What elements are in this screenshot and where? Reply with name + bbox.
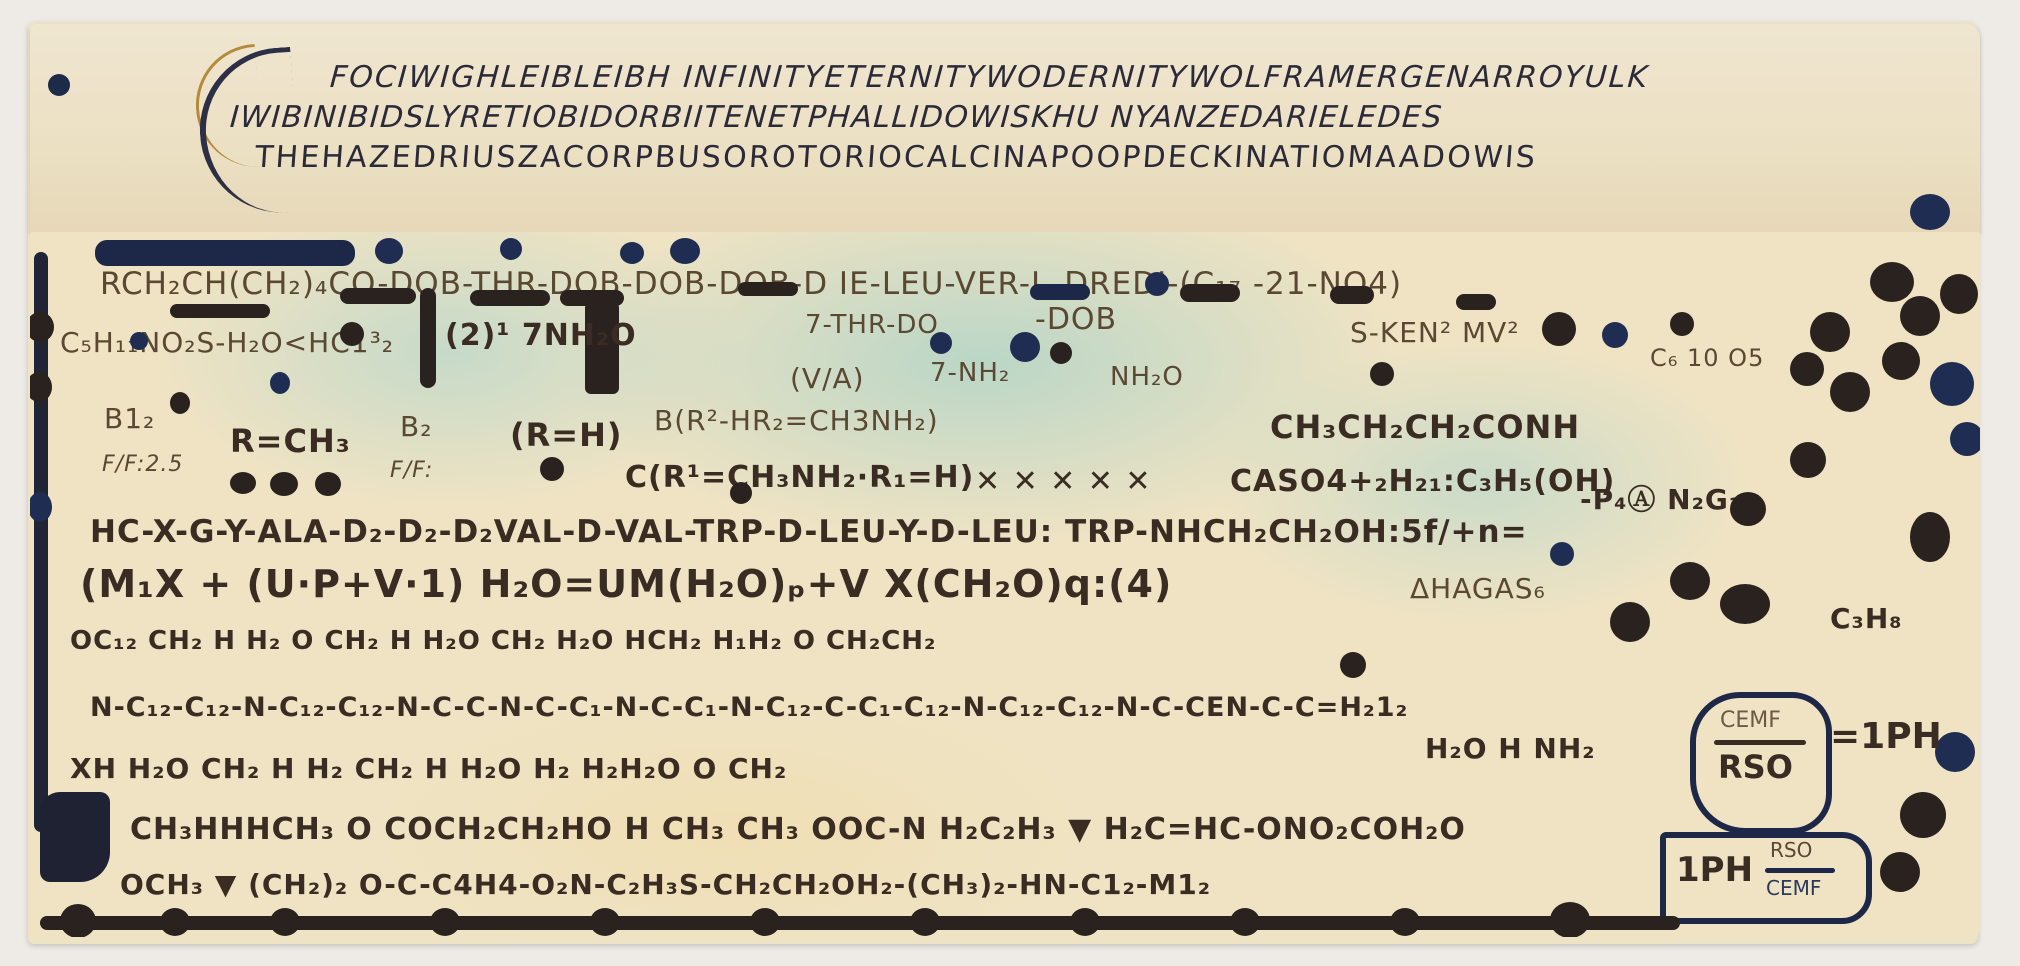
ink-dot xyxy=(540,457,564,481)
ink-dot xyxy=(1602,322,1628,348)
ink-dot xyxy=(60,904,96,937)
formula-row-8: OC₁₂ CH₂ H H₂ O CH₂ H H₂O CH₂ H₂O HCH₂ H… xyxy=(70,626,936,656)
formula-row-2e: S-KEN² MV² xyxy=(1350,316,1520,349)
ink-dot xyxy=(620,242,644,264)
ink-dot xyxy=(270,908,300,936)
formula-row-4d: (R=H) xyxy=(510,416,622,454)
ink-dot xyxy=(1550,542,1574,566)
molecule-node xyxy=(1882,342,1920,380)
formula-row-4f: CH₃CH₂CH₂CONH xyxy=(1270,408,1580,446)
formula-denominator: CEMF xyxy=(1766,876,1821,900)
ink-dot xyxy=(930,332,952,354)
ink-dot xyxy=(430,908,460,936)
formula-row-3a: (V/A) xyxy=(790,362,865,395)
emblem-equals: =1PH xyxy=(1830,716,1942,757)
formula-label: 1PH xyxy=(1676,850,1753,890)
formula-row-3b: 7-NH₂ xyxy=(930,358,1010,388)
ink-dot xyxy=(375,238,403,264)
formula-row-9: N-C₁₂-C₁₂-N-C₁₂-C₁₂-N-C-C-N-C-C₁-N-C-C₁-… xyxy=(90,692,1408,723)
ink-bar xyxy=(420,288,436,388)
ink-dot xyxy=(1550,902,1590,937)
formula-row-12: OCH₃ ▼ (CH₂)₂ O-C-C4H4-O₂N-C₂H₃S-CH₂CH₂O… xyxy=(120,868,1211,901)
ink-dot xyxy=(730,482,752,504)
formula-row-5b: F/F: xyxy=(390,458,433,483)
formula-row-7b: ΔHAGAS₆ xyxy=(1410,572,1546,605)
molecule-node xyxy=(1790,352,1824,386)
formula-row-3d: C₆ 10 O5 xyxy=(1650,344,1764,372)
header-strip: FOCIWIGHLEIBLEIBH INFINITYETERNITYWODERN… xyxy=(30,24,1980,232)
emblem-denominator: RSO xyxy=(1718,748,1793,786)
formula-fraction-bar xyxy=(1765,868,1835,873)
ink-dot xyxy=(1370,362,1394,386)
ink-bar xyxy=(738,282,798,296)
formula-row-5f: -P₄Ⓐ N₂G₁₇ xyxy=(1580,478,1755,518)
molecule-node xyxy=(1830,372,1870,412)
formula-row-4c: B₂ xyxy=(400,410,432,443)
emblem-numerator: CEMF xyxy=(1720,708,1781,733)
ink-dot xyxy=(1390,908,1420,936)
formula-row-3c: NH₂O xyxy=(1110,362,1184,392)
ink-dot xyxy=(910,908,940,936)
formula-panel: RCH₂CH(CH₂)₄CO-DOB-THR-DOB-DOB-DOB-D IE-… xyxy=(30,232,1980,937)
formula-numerator: RSO xyxy=(1770,838,1812,862)
ink-dot xyxy=(170,392,190,414)
ink-dot xyxy=(670,238,700,264)
ink-dot xyxy=(30,372,52,402)
formula-row-2c: 7-THR-DO xyxy=(805,310,939,340)
formula-row-10a: XH H₂O CH₂ H H₂ CH₂ H H₂O H₂ H₂H₂O O CH₂ xyxy=(70,752,787,785)
ink-dot xyxy=(590,908,620,936)
ink-dot xyxy=(230,472,256,494)
ink-bar xyxy=(170,304,270,318)
ink-dot xyxy=(1910,194,1950,230)
ink-dot xyxy=(1050,342,1072,364)
ink-dot xyxy=(315,472,341,496)
molecule-node xyxy=(1930,362,1974,406)
formula-row-4a: B1₂ xyxy=(104,402,155,435)
ink-dot xyxy=(1340,652,1366,678)
ink-dot xyxy=(270,472,298,496)
formula-row-2d: -DOB xyxy=(1035,302,1117,337)
formula-row-5d: ✕ ✕ ✕ ✕ ✕ xyxy=(975,464,1151,499)
molecule-node xyxy=(1900,296,1940,336)
ink-dot xyxy=(270,372,290,394)
ink-dot xyxy=(500,238,522,260)
ink-dot xyxy=(1070,908,1100,936)
formula-row-2b: (2)¹ 7NH₂O xyxy=(445,318,637,353)
ink-dot xyxy=(30,312,54,342)
molecule-node xyxy=(1870,262,1914,302)
molecule-node xyxy=(1790,442,1826,478)
formula-row-5e: CASO4+₂H₂₁:C₃H₅(OH) xyxy=(1230,464,1615,499)
emblem-fraction-bar xyxy=(1714,740,1806,745)
ink-bar xyxy=(1456,294,1496,310)
ink-dot xyxy=(1010,332,1040,362)
molecule-node xyxy=(1810,312,1850,352)
molecule-node xyxy=(1910,512,1950,562)
ink-dot xyxy=(1542,312,1576,346)
formula-row-7c: C₃H₈ xyxy=(1830,602,1903,635)
ink-dot xyxy=(1950,422,1980,456)
ink-bar xyxy=(470,290,550,306)
ink-dot xyxy=(30,492,52,522)
ink-dot xyxy=(48,74,70,96)
ink-dot xyxy=(1670,312,1694,336)
ink-bar xyxy=(1330,286,1374,304)
ink-dot xyxy=(130,332,148,350)
ink-bar xyxy=(340,288,416,304)
ink-dot xyxy=(1145,272,1169,296)
ink-dot xyxy=(1900,792,1946,838)
molecule-node xyxy=(1610,602,1650,642)
formula-row-4b: R=CH₃ xyxy=(230,422,351,460)
ink-blotch xyxy=(40,792,110,882)
ink-dot xyxy=(750,908,780,936)
molecule-node xyxy=(1720,584,1770,624)
molecule-node xyxy=(1940,274,1978,314)
ink-dot xyxy=(340,322,364,346)
molecule-node xyxy=(1730,492,1766,526)
header-line-1: FOCIWIGHLEIBLEIBH INFINITYETERNITYWODERN… xyxy=(329,60,1651,95)
ink-bar xyxy=(95,240,355,266)
ink-dot xyxy=(160,908,190,936)
formula-row-6: HC-X-G-Y-ALA-D₂-D₂-D₂VAL-D-VAL-TRP-D-LEU… xyxy=(90,514,1528,550)
ink-bar xyxy=(1030,284,1090,300)
formula-row-4e: B(R²-HR₂=CH3NH₂) xyxy=(654,404,939,437)
ink-dot xyxy=(1880,852,1920,892)
ink-dot xyxy=(1230,908,1260,936)
molecule-node xyxy=(1670,562,1710,600)
formula-row-7a: (M₁X + (U·P+V·1) H₂O=UM(H₂O)ₚ+V X(CH₂O)q… xyxy=(80,562,1172,606)
header-line-2: IWIBINIBIDSLYRETIOBIDORBIITENETPHALLIDOW… xyxy=(229,100,1444,135)
formula-row-5c: C(R¹=CH₃NH₂·R₁=H) xyxy=(625,460,974,495)
ink-bar xyxy=(1180,284,1240,302)
formula-row-5a: F/F:2.5 xyxy=(102,452,183,477)
formula-row-11: CH₃HHHCH₃ O COCH₂CH₂HO H CH₃ CH₃ OOC-N H… xyxy=(130,812,1466,847)
header-line-3: THEHAZEDRIUSZACORPBUSOROTORIOCALCINAPOOP… xyxy=(254,140,1539,175)
formula-row-10b: H₂O H NH₂ xyxy=(1425,732,1596,765)
